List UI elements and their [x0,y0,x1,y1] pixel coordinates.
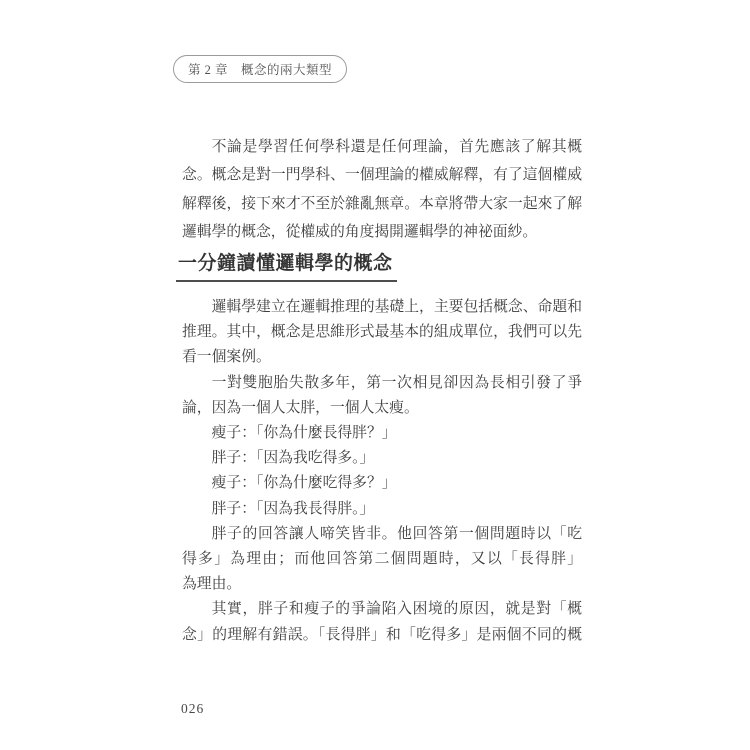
text-line: 看一個案例。 [182,345,582,370]
text-line: 推理。其中，概念是思維形式最基本的組成單位，我們可以先 [182,320,582,345]
dialogue-line: 瘦子：「你為什麼吃得多？」 [182,471,582,496]
text-line: 論，因為一個人太胖，一個人太瘦。 [182,396,582,421]
text-line: 其實，胖子和瘦子的爭論陷入困境的原因，就是對「概 [182,597,582,622]
text-line: 念。概念是對一門學科、一個理論的權威解釋，有了這個權威 [182,161,582,189]
text-line: 解釋後，接下來才不至於雜亂無章。本章將帶大家一起來了解 [182,190,582,218]
dialogue-line: 胖子：「因為我吃得多。」 [182,446,582,471]
text-line: 邏輯學的概念，從權威的角度揭開邏輯學的神祕面紗。 [182,218,582,246]
text-line: 得多」為理由；而他回答第二個問題時，又以「長得胖」 [182,547,582,572]
section-body: 邏輯學建立在邏輯推理的基礎上，主要包括概念、命題和 推理。其中，概念是思維形式最… [182,295,582,648]
book-page: 第 2 章 概念的兩大類型 不論是學習任何學科還是任何理論，首先應該了解其概 念… [0,0,750,750]
text-line: 念」的理解有錯誤。「長得胖」和「吃得多」是兩個不同的概 [182,623,582,648]
intro-paragraph: 不論是學習任何學科還是任何理論，首先應該了解其概 念。概念是對一門學科、一個理論… [182,133,582,246]
text-line: 胖子的回答讓人啼笑皆非。他回答第一個問題時以「吃 [182,522,582,547]
page-number: 026 [181,701,204,717]
text-line: 一對雙胞胎失散多年，第一次相見卻因為長相引發了爭 [182,371,582,396]
dialogue-line: 胖子：「因為我長得胖。」 [182,497,582,522]
dialogue-line: 瘦子：「你為什麼長得胖？」 [182,421,582,446]
chapter-badge-label: 第 2 章 概念的兩大類型 [188,60,332,78]
text-line: 邏輯學建立在邏輯推理的基礎上，主要包括概念、命題和 [182,295,582,320]
text-line: 為理由。 [182,572,582,597]
section-heading: 一分鐘讀懂邏輯學的概念 [176,254,397,282]
text-line: 不論是學習任何學科還是任何理論，首先應該了解其概 [182,133,582,161]
chapter-badge: 第 2 章 概念的兩大類型 [173,55,347,83]
